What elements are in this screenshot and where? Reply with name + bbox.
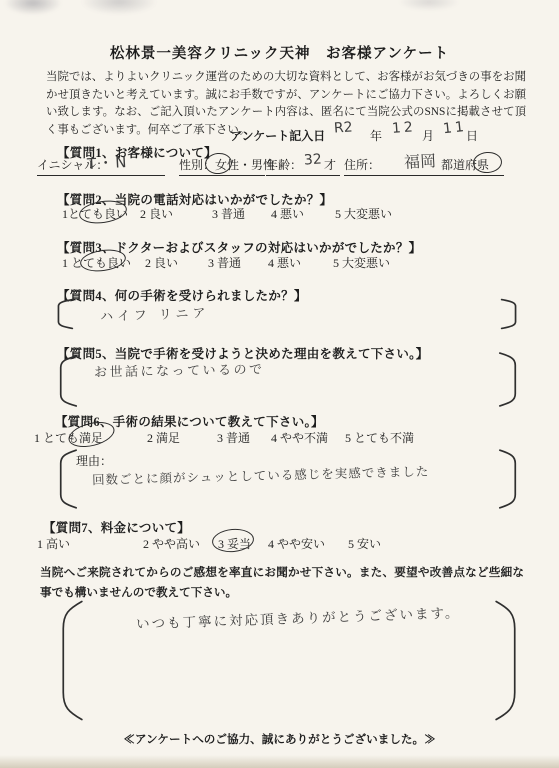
q6-reason-label: 理由： xyxy=(76,452,112,469)
scan-smudge xyxy=(80,0,158,15)
q3-option-3: 3 普通 xyxy=(208,254,241,271)
date-year-unit: 年 xyxy=(370,127,382,144)
date-year-value: R2 xyxy=(333,119,353,136)
q6-option-5: 5 とても不満 xyxy=(345,429,414,446)
q3-option-2: 2 良い xyxy=(145,254,178,271)
q6-option-2: 2 満足 xyxy=(147,429,180,446)
q1-initial-value: T・N xyxy=(86,151,128,174)
q1-age-unit: 才 xyxy=(324,156,336,173)
q7-heading: 【質問7、料金について】 xyxy=(43,518,190,536)
q1-age-field: 年齢： 32 才 xyxy=(266,156,340,176)
q1-age-value: 32 xyxy=(303,151,322,168)
scanned-survey-page: 松林景一美容クリニック天神 お客様アンケート 当院では、よりよいクリニック運営の… xyxy=(0,0,559,768)
q7-options-row: 1 高い 2 やや高い 3 妥当 4 やや安い 5 安い xyxy=(0,535,559,551)
q5-answer-bracket-left xyxy=(58,355,78,407)
q1-initial-field: イニシャル： T・N xyxy=(37,156,165,176)
q4-answer-bracket-left xyxy=(56,299,74,329)
q3-option-5: 5 大変悪い xyxy=(333,254,390,271)
q4-answer-handwriting: ハイフ リニア xyxy=(100,302,210,325)
q7-option-1: 1 高い xyxy=(37,535,70,552)
q6-reason-bracket-left xyxy=(58,449,78,509)
q1-address-value: 福岡 xyxy=(403,148,436,173)
q2-option-5: 5 大変悪い xyxy=(335,205,392,222)
q6-option-4: 4 やや不満 xyxy=(271,429,328,446)
scan-smudge xyxy=(4,0,62,15)
date-label: アンケート記入日 xyxy=(230,127,325,144)
q4-answer-bracket-right xyxy=(500,299,518,329)
feedback-bracket-left xyxy=(60,599,84,722)
q2-option-3: 3 普通 xyxy=(212,205,245,222)
closing-message: ≪アンケートへのご協力、誠にありがとうございました。≫ xyxy=(0,731,559,747)
scan-bottom-edge xyxy=(0,755,559,768)
q6-option-3: 3 普通 xyxy=(217,429,250,446)
q2-option-2: 2 良い xyxy=(140,205,173,222)
q5-answer-handwriting: お世話になっているので xyxy=(94,359,265,381)
date-day-value: 11 xyxy=(442,119,467,137)
q1-age-label: 年齢： xyxy=(266,158,302,172)
feedback-prompt: 当院へご来院されてからのご感想を率直にお聞かせ下さい。また、要望や改善点など些細… xyxy=(40,563,524,603)
q3-option-4: 4 悪い xyxy=(268,254,301,271)
q1-address-label: 住所： xyxy=(344,158,380,172)
q7-option-2: 2 やや高い xyxy=(143,535,200,552)
q2-option-4: 4 悪い xyxy=(271,205,304,222)
date-day-unit: 日 xyxy=(466,127,478,144)
q7-option-5: 5 安い xyxy=(348,535,381,552)
q4-heading: 【質問4、何の手術を受けられましたか？】 xyxy=(57,286,307,304)
feedback-bracket-right xyxy=(494,599,518,722)
page-title: 松林景一美容クリニック天神 お客様アンケート xyxy=(0,42,559,63)
date-month-unit: 月 xyxy=(422,127,434,144)
q5-answer-bracket-right xyxy=(498,352,518,407)
scan-smudge xyxy=(398,0,460,11)
q6-reason-bracket-right xyxy=(498,449,518,509)
q6-reason-handwriting: 回数ごとに顔がシュッとしている感じを実感できました xyxy=(92,462,430,489)
date-month-value: 12 xyxy=(391,119,416,137)
feedback-answer-handwriting: いつも丁寧に対応頂きありがとうございます。 xyxy=(136,601,461,632)
q7-option-4: 4 やや安い xyxy=(268,535,325,552)
